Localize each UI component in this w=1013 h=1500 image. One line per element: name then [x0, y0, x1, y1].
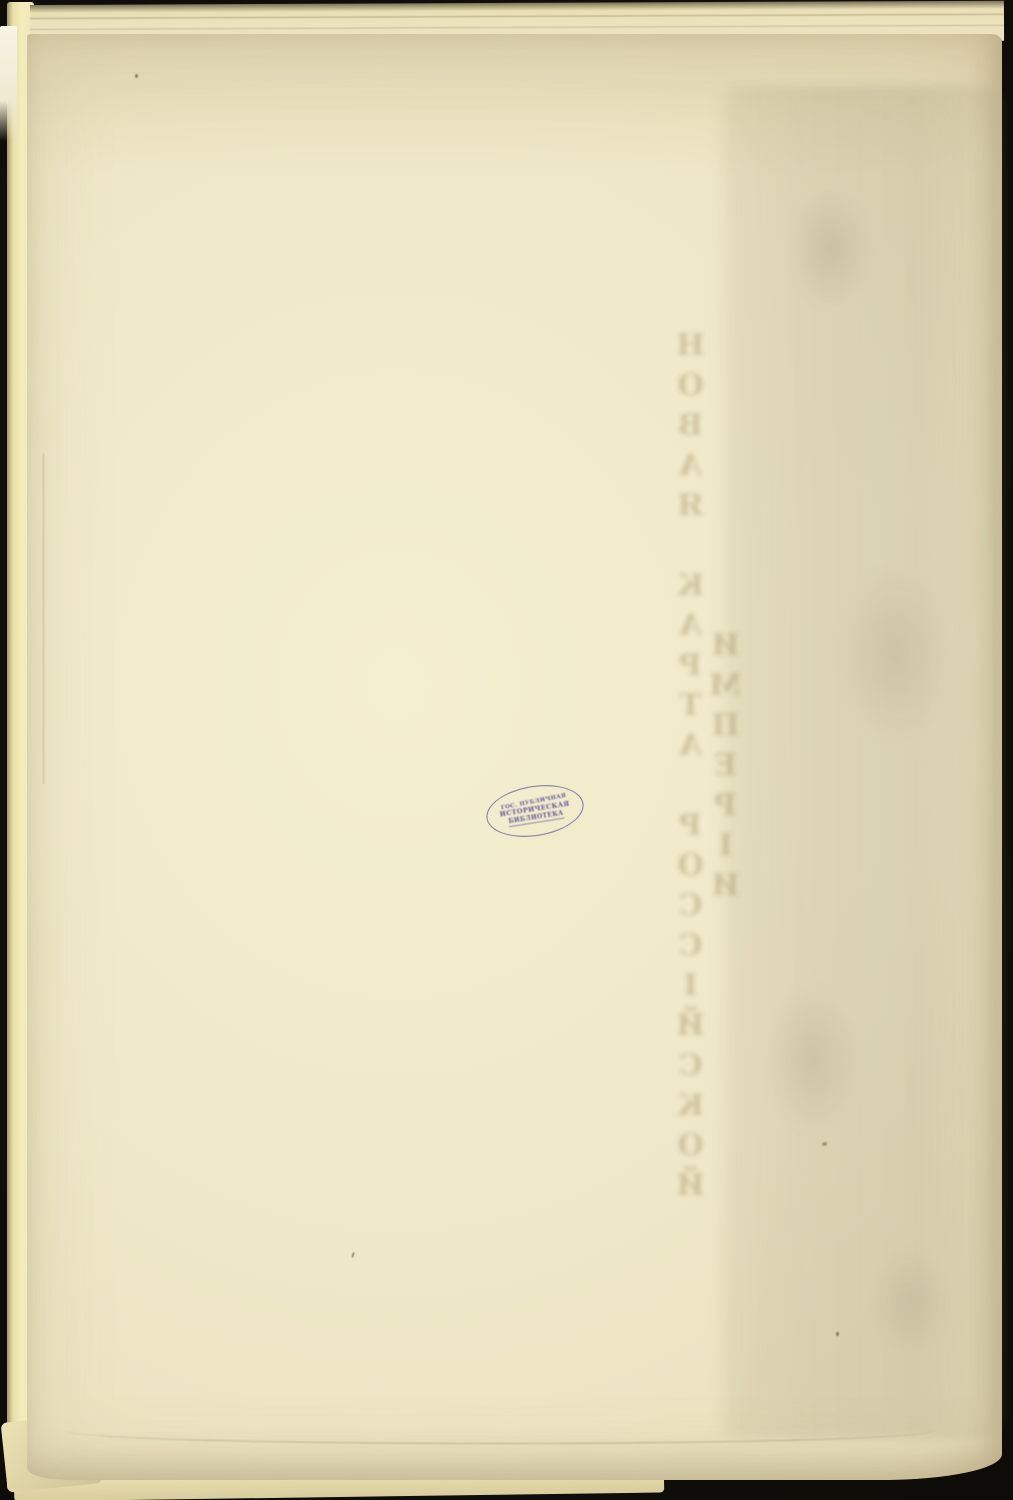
ghost-title-showthrough: НОВАЯ КАРТА РОССІЙСКОЙ ИМПЕРІИ [673, 285, 749, 1250]
paper-speck [351, 1252, 354, 1258]
paper-crease-left [43, 454, 44, 784]
facing-map-showthrough [715, 86, 1003, 1438]
sheet-edge-line [30, 14, 1004, 19]
paper-speck [135, 74, 138, 78]
library-stamp: ГОС. ПУБЛИЧНАЯ ИСТОРИЧЕСКАЯ БИБЛИОТЕКА [483, 779, 588, 844]
paper-speck [836, 1332, 839, 1336]
sheet-edge-line [30, 25, 1004, 30]
scanned-blank-page: НОВАЯ КАРТА РОССІЙСКОЙ ИМПЕРІИ ГОС. ПУБЛ… [27, 34, 1002, 1480]
under-sheet-white-edge [0, 26, 17, 141]
paper-crease-bottom [67, 1429, 932, 1444]
book-scan-background: { "stamp": { "line1": "ГОС. ПУБЛИЧНАЯ", … [0, 0, 1013, 1500]
paper-speck [822, 1142, 827, 1146]
stamp-text: ГОС. ПУБЛИЧНАЯ ИСТОРИЧЕСКАЯ БИБЛИОТЕКА [490, 785, 579, 838]
